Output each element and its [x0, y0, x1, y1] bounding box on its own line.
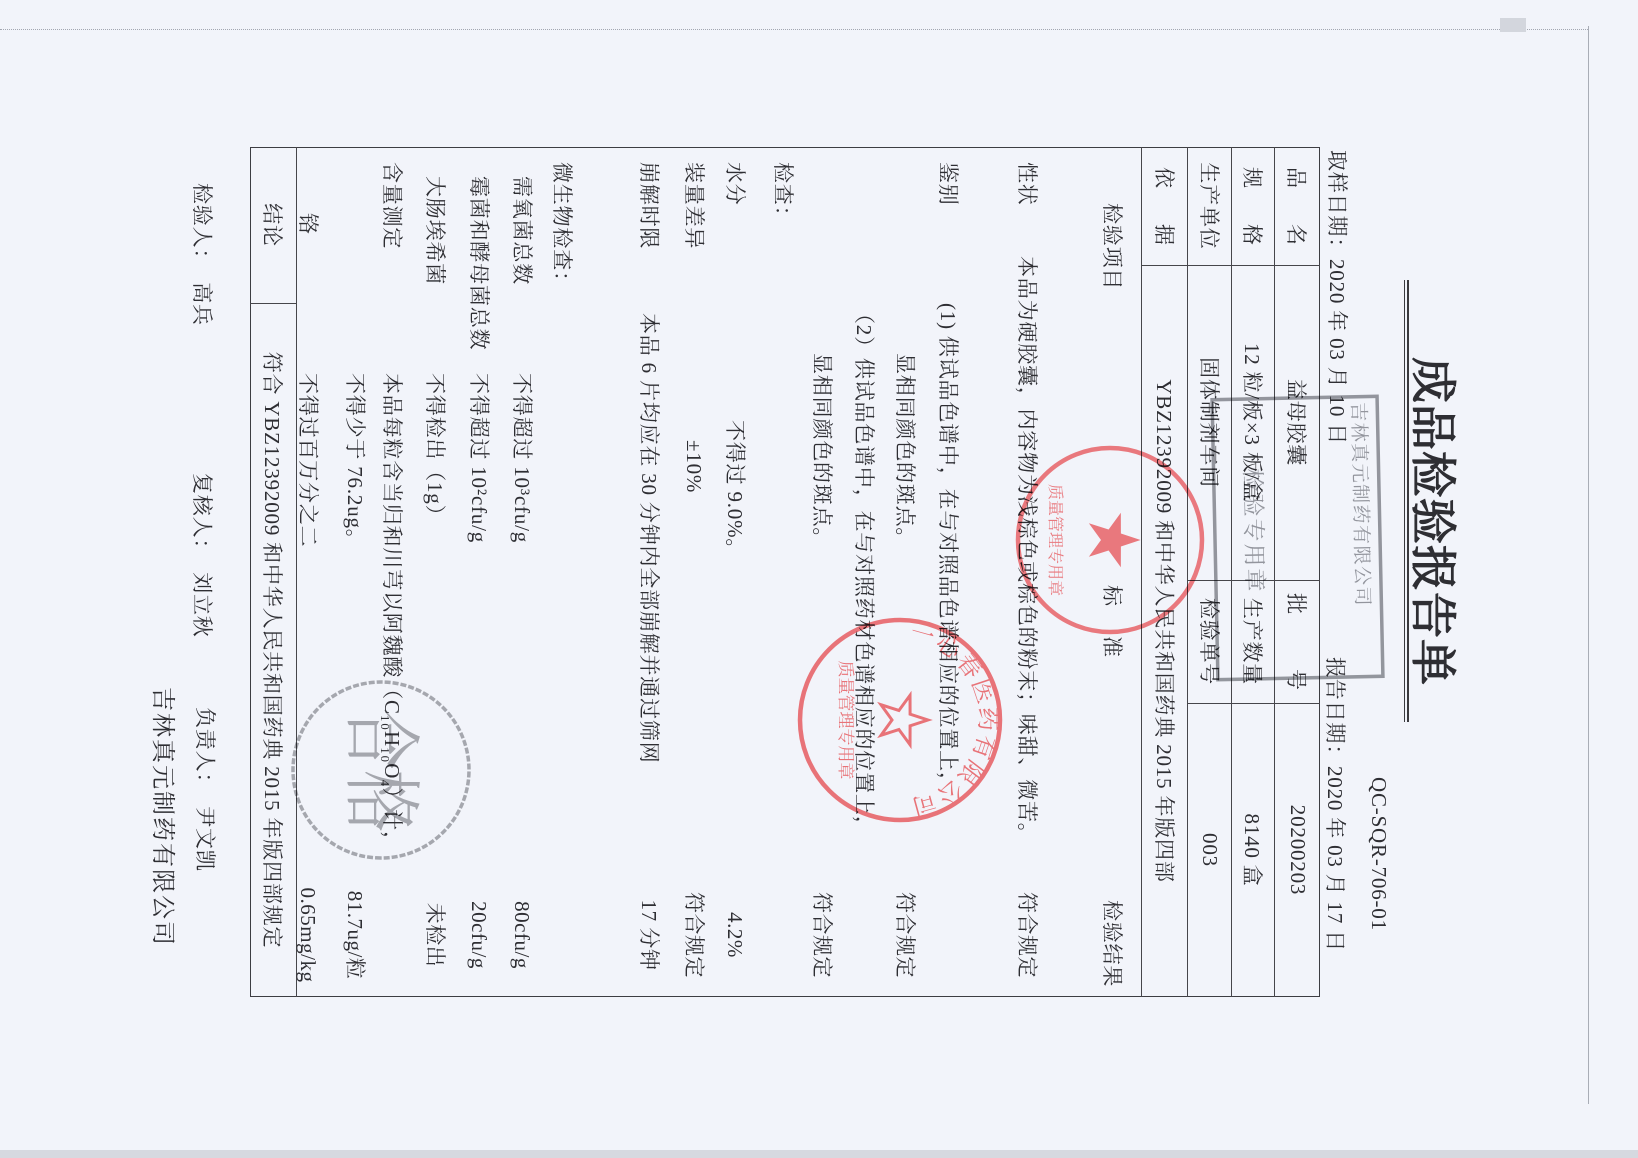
chromium-item: 铬: [296, 213, 320, 235]
report-date-value: 2020 年 03 月 17 日: [1323, 766, 1347, 952]
sampling-date-label: 取样日期：: [1325, 150, 1349, 259]
production-unit-label: 生产单位: [1188, 147, 1232, 265]
aerobic-count-standard: 不得超过 10³cfu/g: [510, 373, 534, 543]
product-name-value: 益母胶囊: [1275, 265, 1320, 580]
basis-value: YBZ12392009 和中华人民共和国药典 2015 年版四部: [1142, 265, 1188, 997]
fill-weight-standard: ±10%: [682, 440, 706, 493]
mold-yeast-standard: 不得超过 10²cfu/g: [467, 373, 491, 543]
header-result: 检验结果: [1100, 900, 1124, 987]
identification-1-standard-line1: (1) 供试品色谱中，在与对照品色谱相应的位置上，: [936, 303, 960, 794]
chromium-standard: 不得过百万分之二: [296, 373, 320, 547]
identification-2-standard-line1: （2）供试品色谱中，在与对照药材色谱相应的位置上，: [852, 303, 876, 838]
specification-label: 规格: [1232, 147, 1275, 265]
sampling-date: 取样日期：2020 年 03 月 10 日: [1325, 150, 1349, 445]
appearance-item: 性状: [1015, 162, 1039, 206]
conclusion-label: 结论: [250, 147, 297, 303]
inspector-signature: 检验人：高兵: [190, 183, 214, 326]
mold-yeast-item: 霉菌和酵母菌总数: [467, 176, 491, 350]
appearance-standard: 本品为硬胶囊，内容物为浅棕色或棕色的粉末；味甜、微苦。: [1015, 256, 1039, 845]
reviewer-label: 复核人：: [190, 473, 214, 560]
inspection-no-value: 003: [1188, 703, 1232, 997]
identification-2-result: 符合规定: [810, 865, 834, 1005]
basis-label: 依据: [1142, 147, 1188, 265]
microbial-heading: 微生物检查：: [550, 162, 574, 293]
fill-weight-result: 符合规定: [682, 865, 706, 1005]
inspection-report-document: 成品检验报告单 QC-SQR-706-01 取样日期：2020 年 03 月 1…: [0, 0, 1638, 1158]
identification-2-standard-line2: 显相同颜色的斑点。: [810, 353, 834, 549]
sampling-date-value: 2020 年 03 月 10 日: [1325, 259, 1349, 445]
assay-standard-line2: 不得少于 76.2ug。: [343, 373, 367, 551]
aerobic-count-item: 需氧菌总数: [510, 176, 534, 285]
supervisor-label: 负责人：: [193, 707, 217, 794]
e-coli-result: 未检出: [423, 865, 447, 1005]
aerobic-count-result: 80cfu/g: [510, 865, 534, 1005]
form-code: QC-SQR-706-01: [1367, 777, 1391, 931]
batch-no-label: 批号: [1275, 580, 1320, 703]
product-name-label: 品名: [1275, 147, 1320, 265]
inspection-no-label: 检验单号: [1188, 580, 1232, 703]
header-standard: 标准: [1100, 585, 1124, 687]
identification-1-result: 符合规定: [893, 865, 917, 1005]
specification-value: 12 粒/板×3 板/盒: [1232, 265, 1275, 580]
report-date-label: 报告日期：: [1323, 657, 1347, 766]
appearance-result: 符合规定: [1015, 865, 1039, 1005]
e-coli-item: 大肠埃希菌: [423, 176, 447, 285]
report-title: 成品检验报告单: [1404, 357, 1460, 686]
production-quantity-label: 生产数量: [1232, 580, 1275, 703]
fill-weight-item: 装量差异: [682, 162, 706, 249]
checks-heading: 检查：: [771, 162, 795, 227]
reviewer-name: 刘立秋: [190, 572, 214, 637]
moisture-standard: 不得过 9.0%。: [723, 420, 747, 560]
supervisor-name: 尹文凯: [193, 806, 217, 871]
production-quantity-value: 8140 盒: [1232, 703, 1275, 997]
assay-result: 81.7ug/粒: [343, 865, 367, 1005]
conclusion-value: 符合 YBZ12392009 和中华人民共和国药典 2015 年版四部规定: [250, 303, 297, 997]
e-coli-standard: 不得检出（1g）: [423, 373, 447, 526]
disintegration-standard: 本品 6 片均应在 30 分钟内全部崩解并通过筛网: [637, 313, 661, 764]
reviewer-signature: 复核人：刘立秋: [190, 473, 214, 638]
batch-no-value: 20200203: [1275, 703, 1320, 997]
identification-item: 鉴别: [936, 162, 960, 206]
production-unit-value: 固体制剂车间: [1188, 265, 1232, 580]
title-double-underline: [1404, 280, 1409, 722]
disintegration-result: 17 分钟: [637, 865, 661, 1005]
company-name: 吉林真元制药有限公司: [148, 687, 176, 947]
inspector-label: 检验人：: [190, 183, 214, 270]
report-date: 报告日期：2020 年 03 月 17 日: [1323, 657, 1347, 952]
chromium-result: 0.65mg/kg: [296, 865, 320, 1005]
supervisor-signature: 负责人：尹文凯: [193, 707, 217, 872]
assay-standard-line1: 本品每粒含当归和川芎以阿魏酸（C₁₀H₁₀O₄）计，: [380, 373, 404, 853]
moisture-item: 水分: [723, 162, 747, 206]
label-text: 品名: [1283, 167, 1313, 281]
moisture-result: 4.2%: [723, 865, 747, 1005]
label-text: 规格: [1239, 167, 1269, 281]
mold-yeast-result: 20cfu/g: [467, 865, 491, 1005]
label-text: 依据: [1150, 167, 1180, 281]
inspector-name: 高兵: [190, 282, 214, 326]
identification-1-standard-line2: 显相同颜色的斑点。: [893, 353, 917, 549]
assay-item: 含量测定: [380, 162, 404, 249]
inspection-seal-company: 吉林真元制药有限公司: [1347, 402, 1373, 607]
disintegration-item: 崩解时限: [637, 162, 661, 249]
header-item: 检验项目: [1100, 203, 1124, 290]
